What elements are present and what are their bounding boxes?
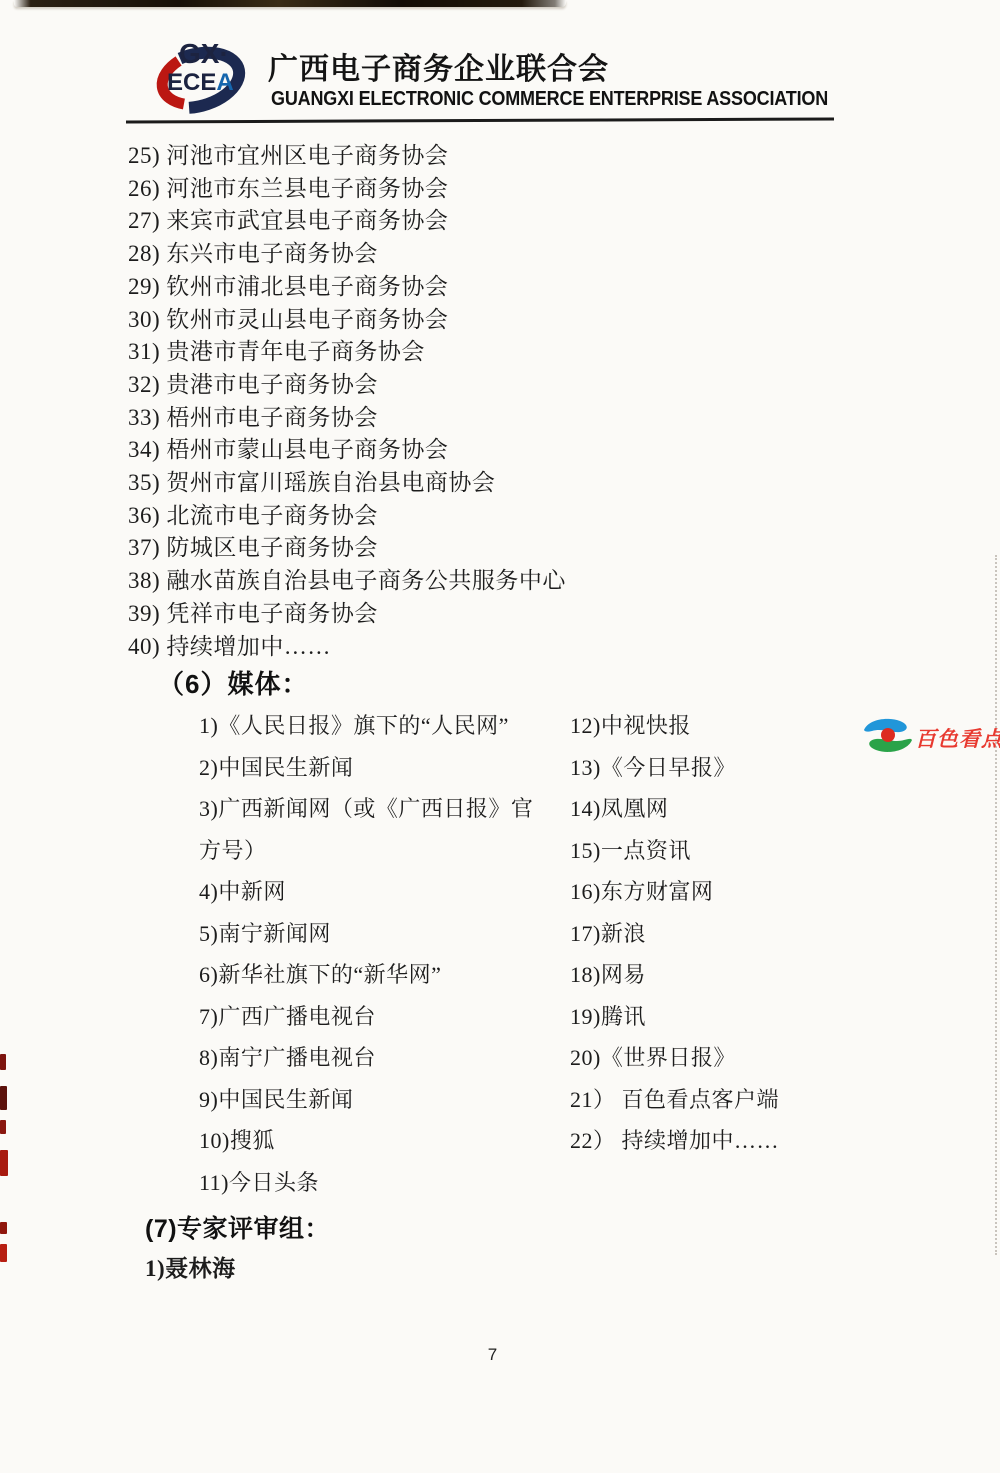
list-item: 20)《世界日报》 xyxy=(570,1037,930,1079)
list-item: 36) 北流市电子商务协会 xyxy=(128,500,566,533)
list-item: 10)搜狐 xyxy=(199,1120,545,1162)
list-item: 22） 持续增加中…… xyxy=(570,1120,930,1162)
watermark-logo-icon xyxy=(858,714,918,758)
list-item: 6)新华社旗下的“新华网” xyxy=(199,954,545,996)
org-title-chinese: 广西电子商务企业联合会 xyxy=(268,44,609,88)
association-logo: GX· ECEA xyxy=(146,33,254,125)
list-item: 17)新浪 xyxy=(570,913,930,955)
list-item: 16)东方财富网 xyxy=(570,871,930,913)
list-item: 1)聂林海 xyxy=(145,1252,236,1286)
list-item: 31) 贵港市青年电子商务协会 xyxy=(128,336,566,369)
watermark-text: 百色看点 xyxy=(915,723,1000,753)
left-edge-stamp-fragment xyxy=(0,1086,7,1110)
list-item: 3)广西新闻网（或《广西日报》官方号） xyxy=(199,788,545,871)
list-item: 21） 百色看点客户端 xyxy=(570,1079,930,1121)
list-item: 35) 贺州市富川瑶族自治县电商协会 xyxy=(128,467,566,500)
baise-kandian-watermark: 百色看点 xyxy=(858,712,1000,762)
list-item: 25) 河池市宜州区电子商务协会 xyxy=(128,140,566,173)
media-list-left-column: 1)《人民日报》旗下的“人民网”2)中国民生新闻3)广西新闻网（或《广西日报》官… xyxy=(199,705,545,1203)
list-item: 5)南宁新闻网 xyxy=(199,913,545,955)
left-edge-stamp-fragment xyxy=(0,1150,8,1176)
list-item: 2)中国民生新闻 xyxy=(199,747,545,789)
list-item: 40) 持续增加中…… xyxy=(128,631,566,664)
list-item: 15)一点资讯 xyxy=(570,830,930,872)
list-item: 4)中新网 xyxy=(199,871,545,913)
logo-text-gx: GX· xyxy=(179,38,229,70)
section-heading-media: （6）媒体： xyxy=(158,664,308,701)
list-item: 1)《人民日报》旗下的“人民网” xyxy=(199,705,545,747)
left-edge-stamp-fragment xyxy=(0,1222,7,1234)
left-edge-stamp-fragment xyxy=(0,1054,6,1070)
list-item: 27) 来宾市武宜县电子商务协会 xyxy=(128,205,566,238)
left-edge-stamp-fragment xyxy=(0,1244,7,1262)
list-item: 34) 梧州市蒙山县电子商务协会 xyxy=(128,434,566,467)
list-item: 19)腾讯 xyxy=(570,996,930,1038)
list-item: 8)南宁广播电视台 xyxy=(199,1037,545,1079)
list-item: 32) 贵港市电子商务协会 xyxy=(128,369,566,402)
list-item: 28) 东兴市电子商务协会 xyxy=(128,238,566,271)
page-number: 7 xyxy=(470,1345,515,1365)
list-item: 38) 融水苗族自治县电子商务公共服务中心 xyxy=(128,565,566,598)
list-item: 14)凤凰网 xyxy=(570,788,930,830)
left-edge-stamp-fragment xyxy=(0,1120,6,1134)
logo-text-ecea: ECEA xyxy=(167,69,234,97)
section-heading-experts: (7)专家评审组： xyxy=(145,1209,330,1245)
association-list: 25) 河池市宜州区电子商务协会26) 河池市东兰县电子商务协会27) 来宾市武… xyxy=(128,140,566,663)
org-title-english: GUANGXI ELECTRONIC COMMERCE ENTERPRISE A… xyxy=(271,88,828,111)
media-list-right-column: 12)中视快报13)《今日早报》14)凤凰网15)一点资讯16)东方财富网17)… xyxy=(570,705,930,1162)
expert-list: 1)聂林海 xyxy=(145,1252,236,1286)
list-item: 39) 凭祥市电子商务协会 xyxy=(128,598,566,631)
list-item: 37) 防城区电子商务协会 xyxy=(128,532,566,565)
list-item: 11)今日头条 xyxy=(199,1162,545,1204)
list-item: 18)网易 xyxy=(570,954,930,996)
list-item: 30) 钦州市灵山县电子商务协会 xyxy=(128,304,566,337)
list-item: 26) 河池市东兰县电子商务协会 xyxy=(128,173,566,206)
list-item: 7)广西广播电视台 xyxy=(199,996,545,1038)
list-item: 33) 梧州市电子商务协会 xyxy=(128,402,566,435)
list-item: 29) 钦州市浦北县电子商务协会 xyxy=(128,271,566,304)
scan-right-edge-line xyxy=(995,555,997,1255)
list-item: 9)中国民生新闻 xyxy=(199,1079,545,1121)
scan-top-edge-artifact xyxy=(14,0,566,7)
